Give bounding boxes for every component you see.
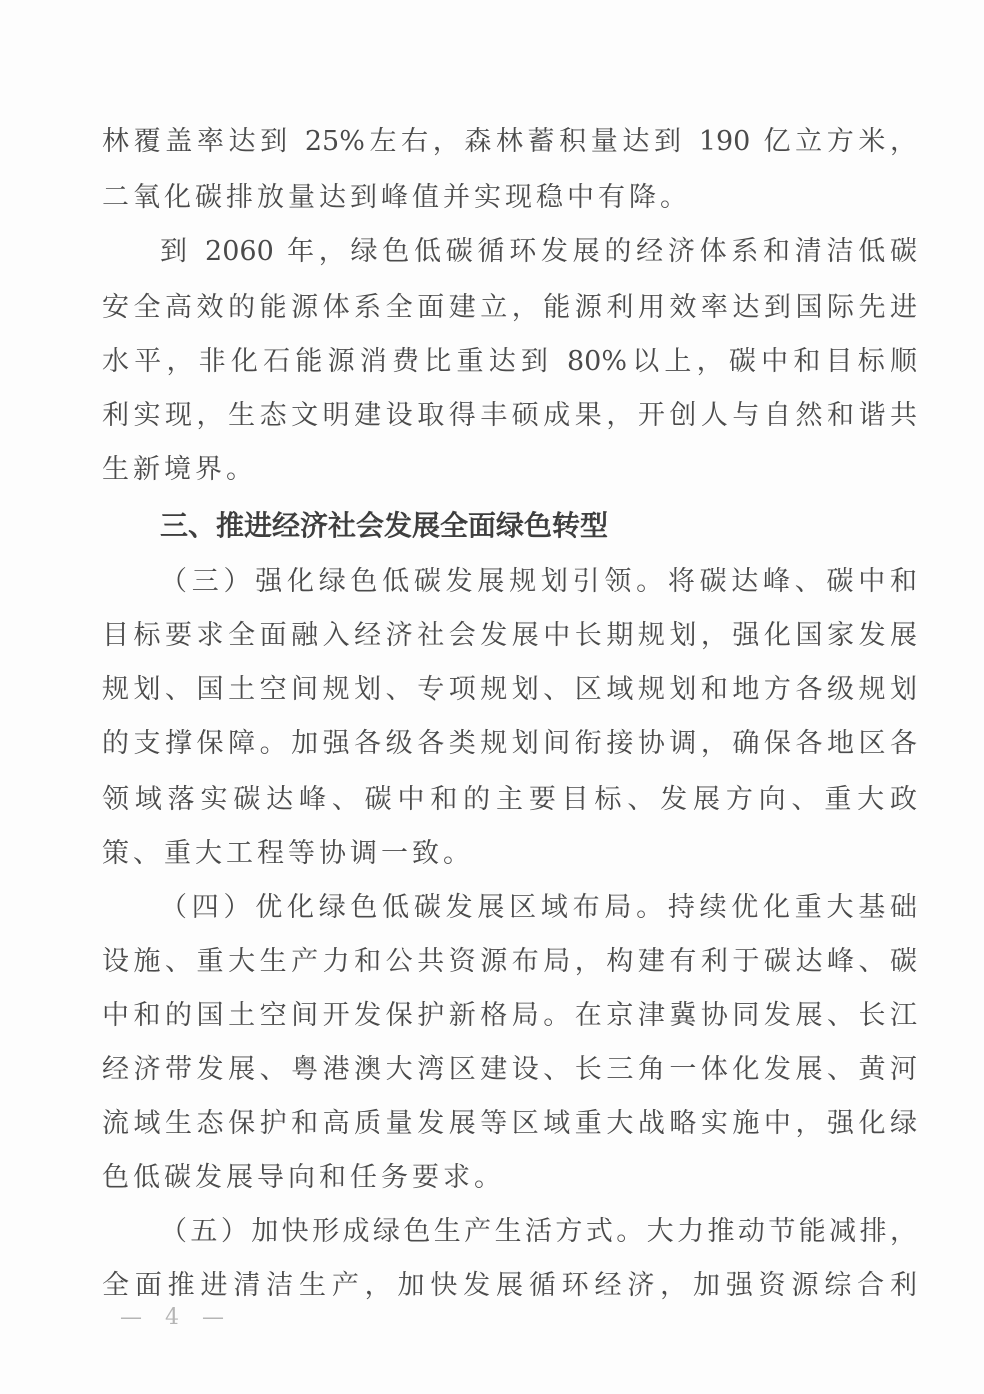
text-line: （四）优化绿色低碳发展区域布局。持续优化重大基础 (160, 888, 917, 928)
text-line: 到 2060 年，绿色低碳循环发展的经济体系和清洁低碳 (160, 232, 917, 272)
text-line: 生新境界。 (102, 450, 917, 490)
text-line: 林覆盖率达到 25%左右，森林蓄积量达到 190 亿立方米， (102, 122, 917, 162)
text-line: 策、重大工程等协调一致。 (102, 834, 917, 874)
text-line: 水平，非化石能源消费比重达到 80%以上，碳中和目标顺 (102, 342, 917, 382)
text-line: 规划、国土空间规划、专项规划、区域规划和地方各级规划 (102, 670, 917, 710)
text-line: 全面推进清洁生产，加快发展循环经济，加强资源综合利 (102, 1266, 917, 1306)
text-line: 二氧化碳排放量达到峰值并实现稳中有降。 (102, 178, 917, 218)
document-page: 林覆盖率达到 25%左右，森林蓄积量达到 190 亿立方米， 二氧化碳排放量达到… (0, 0, 984, 1394)
text-line: 的支撑保障。加强各级各类规划间衔接协调，确保各地区各 (102, 724, 917, 764)
text-line: （三）强化绿色低碳发展规划引领。将碳达峰、碳中和 (160, 562, 917, 602)
text-line: 色低碳发展导向和任务要求。 (102, 1158, 917, 1198)
page-number: — 4 — (120, 1305, 232, 1330)
text-line: 目标要求全面融入经济社会发展中长期规划，强化国家发展 (102, 616, 917, 656)
text-line: 经济带发展、粤港澳大湾区建设、长三角一体化发展、黄河 (102, 1050, 917, 1090)
text-line: 安全高效的能源体系全面建立，能源利用效率达到国际先进 (102, 288, 917, 328)
text-line: 领域落实碳达峰、碳中和的主要目标、发展方向、重大政 (102, 780, 917, 820)
text-line: （五）加快形成绿色生产生活方式。大力推动节能减排， (160, 1212, 917, 1252)
text-line: 利实现，生态文明建设取得丰硕成果，开创人与自然和谐共 (102, 396, 917, 436)
text-line: 设施、重大生产力和公共资源布局，构建有利于碳达峰、碳 (102, 942, 917, 982)
text-line: 流域生态保护和高质量发展等区域重大战略实施中，强化绿 (102, 1104, 917, 1144)
text-line: 中和的国土空间开发保护新格局。在京津冀协同发展、长江 (102, 996, 917, 1036)
section-heading: 三、推进经济社会发展全面绿色转型 (160, 506, 608, 546)
